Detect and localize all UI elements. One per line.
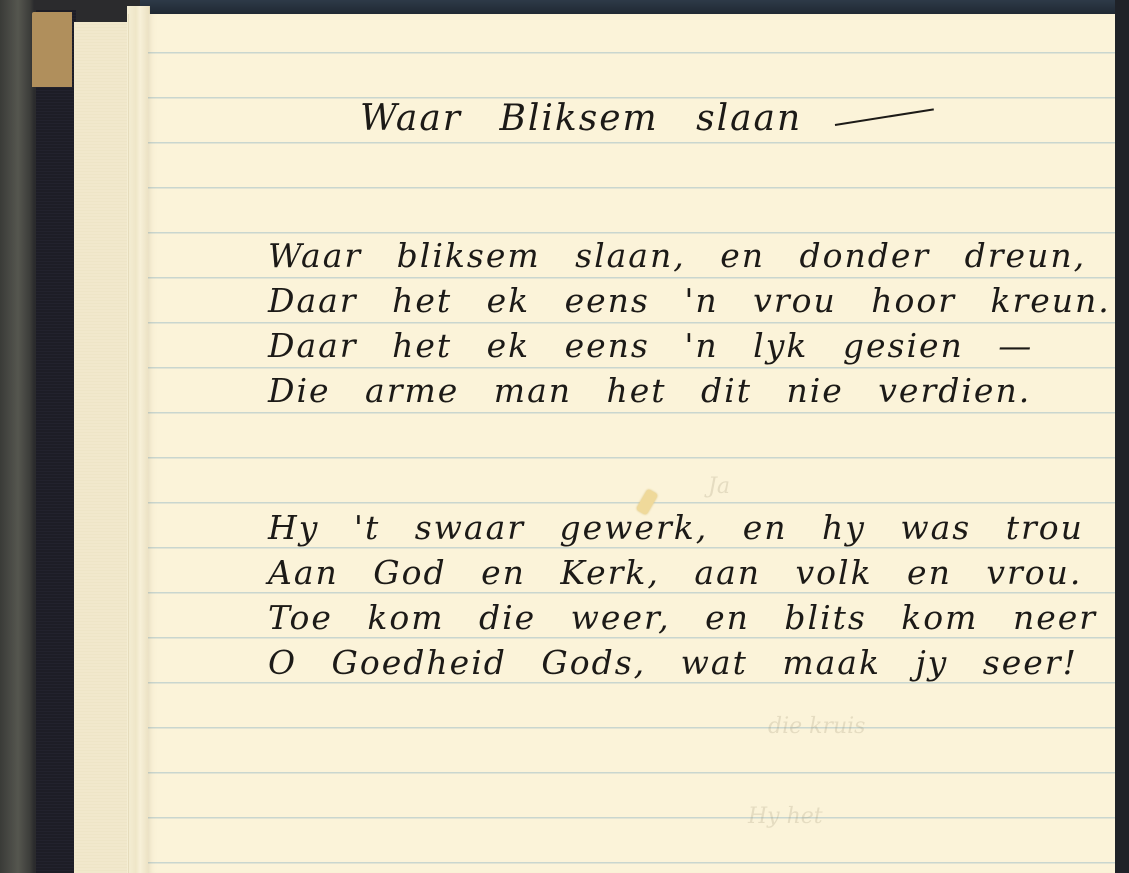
poem-line: Toe kom die weer, en blits kom neer —	[268, 598, 1129, 637]
poem-line: Daar het ek eens 'n lyk gesien —	[268, 326, 1033, 365]
page-margin-line	[128, 14, 129, 873]
cover-worn-corner	[32, 12, 72, 87]
poem-line: Die arme man het dit nie verdien.	[268, 371, 1031, 410]
bleed-through-text: Ja	[708, 474, 730, 499]
poem-line: Aan God en Kerk, aan volk en vrou.	[268, 553, 1082, 592]
notebook-flyleaf	[74, 22, 133, 873]
page-edges	[127, 6, 150, 873]
poem-line: Hy 't swaar gewerk, en hy was trou	[268, 508, 1084, 547]
notebook-cover-spine	[36, 10, 76, 873]
poem-line: Waar bliksem slaan, en donder dreun,	[268, 236, 1086, 275]
bleed-through-text: die kruis	[768, 714, 865, 739]
poem-line: O Goedheid Gods, wat maak jy seer!	[268, 643, 1078, 682]
notebook-page: Ja die kruis Hy het	[148, 14, 1115, 873]
poem-title: Waar Bliksem slaan	[360, 98, 802, 139]
bleed-through-text: Hy het	[748, 804, 823, 829]
poem-line: Daar het ek eens 'n vrou hoor kreun.	[268, 281, 1111, 320]
scanner-right-edge	[1115, 0, 1129, 873]
